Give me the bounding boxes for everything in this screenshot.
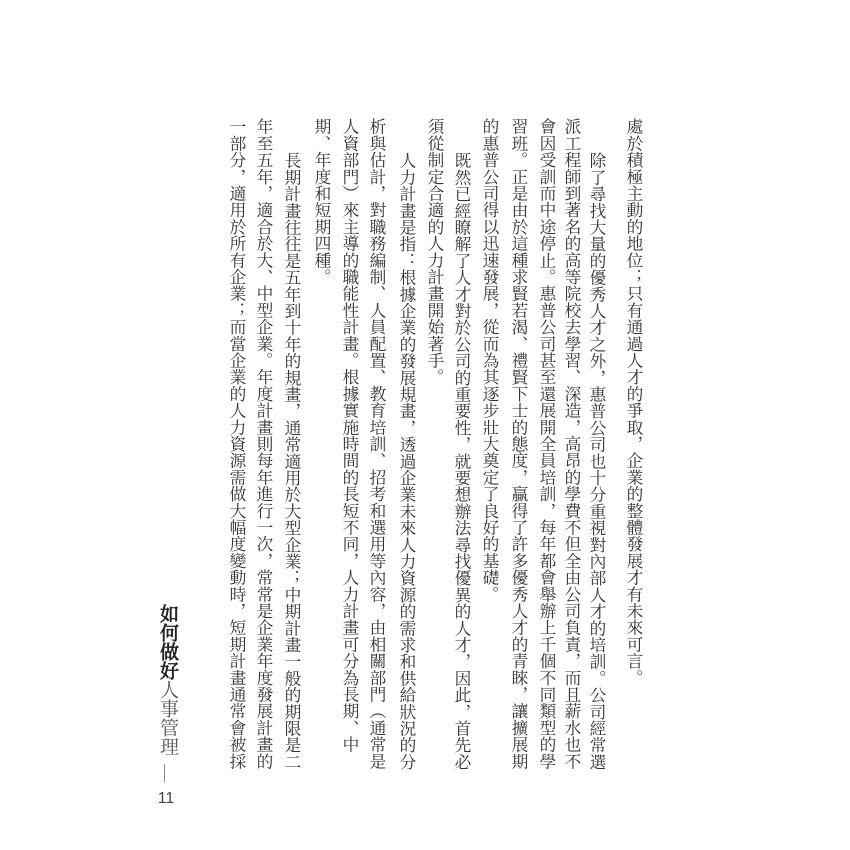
header-title-bold: 如何做好 [157,604,179,680]
text-column-3: 派工程師到著名的高等院校去學習、深造，高昂的學費不但全由公司負責，而且薪水也不 [560,118,580,769]
text-column-14: 年至五年，適合於大、中型企業。年度計畫則每年進行一次，常常是企業年度發展計畫的 [252,118,272,769]
text-column-5: 習班。正是由於這種求賢若渴、禮賢下士的態度，贏得了許多優秀人才的青睞，讓擴展期 [507,118,527,769]
text-column-11: 人資部門）來主導的職能性計畫。根據實施時間的長短不同，人力計畫可分為長期、中 [338,118,358,753]
text-column-6: 的惠普公司得以迅速發展，從而為其逐步壯大奠定了良好的基礎。 [478,118,498,602]
text-column-7: 既然已經瞭解了人才對於公司的重要性，就要想辦法尋找優異的人才，因此，首先必 [450,152,470,770]
text-column-12: 期、年度和短期四種。 [310,118,330,285]
text-column-13: 長期計畫往往是五年到十年的規畫，通常適用於大型企業；中期計畫一般的期限是二 [280,152,300,770]
page-number: 11 [155,790,177,808]
text-column-2: 除了尋找大量的優秀人才之外，惠普公司也十分重視對內部人才的培訓。公司經常選 [585,152,605,770]
text-column-4: 會因受訓而中途停止。惠普公司甚至還展開全員培訓，每年都會舉辦上千個不同類型的學 [535,118,555,769]
book-page: 處於積極主動的地位；只有通過人才的爭取，企業的整體發展才有未來可言。 除了尋找大… [0,0,850,850]
text-column-15: 一部分，適用於所有企業；而當企業的人力資源需做大幅度變動時，短期計畫通常會被採 [225,118,245,769]
text-column-1: 處於積極主動的地位；只有通過人才的爭取，企業的整體發展才有未來可言。 [622,118,642,686]
text-column-9: 人力計畫是指：根據企業的發展規畫，透過企業未來人力資源的需求和供給狀況的分 [395,152,415,770]
running-header: 如何做好人事管理 [155,604,177,756]
text-column-8: 須從制定合適的人力計畫開始著手。 [423,118,443,385]
header-divider [164,764,165,782]
text-column-10: 析與估計，對職務編制、人員配置、教育培訓、招考和選用等內容，由相關部門（通常是 [365,118,385,769]
header-title-light: 人事管理 [157,680,179,756]
